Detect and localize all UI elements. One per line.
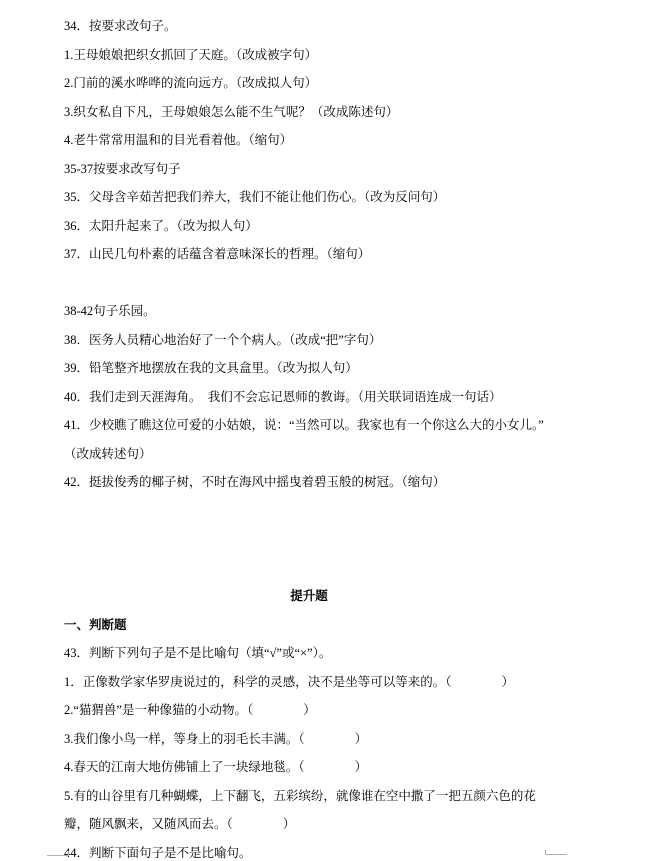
exercise-line: 3.织女私自下凡，王母娘娘怎么能不生气呢？（改成陈述句） (64, 98, 554, 127)
exercise-line-continuation: 瓣，随风飘来，又随风而去。（ ） (64, 810, 554, 839)
exercise-line: 41．少校瞧了瞧这位可爱的小姑娘，说：“当然可以。我家也有一个你这么大的小女儿。… (64, 411, 554, 440)
exercise-line: 35．父母含辛茹苦把我们养大，我们不能让他们伤心。（改为反问句） (64, 183, 554, 212)
exercise-line: 4.春天的江南大地仿佛铺上了一块绿地毯。（ ） (64, 753, 554, 782)
exercise-line: 4.老牛常常用温和的目光看着他。（缩句） (64, 126, 554, 155)
exercise-group-heading: 38-42句子乐园。 (64, 297, 554, 326)
blank-line (64, 269, 554, 298)
exercise-line: 38．医务人员精心地治好了一个个病人。（改成“把”字句） (64, 326, 554, 355)
blank-line (64, 525, 554, 554)
exercise-line: 40．我们走到天涯海角。 我们不会忘记恩师的教诲。（用关联词语连成一句话） (64, 383, 554, 412)
page-margin-mark-left (47, 851, 69, 856)
exercise-line: 44．判断下面句子是不是比喻句。 (64, 839, 554, 861)
exercise-line: 1.王母娘娘把织女抓回了天庭。（改成被字句） (64, 41, 554, 70)
document-body: 34．按要求改句子。 1.王母娘娘把织女抓回了天庭。（改成被字句） 2.门前的溪… (64, 12, 554, 861)
exercise-line: 5.有的山谷里有几种蝴蝶，上下翻飞，五彩缤纷，就像谁在空中撒了一把五颜六色的花 (64, 782, 554, 811)
exercise-line: 36．太阳升起来了。（改为拟人句） (64, 212, 554, 241)
exercise-group-heading: 35-37按要求改写句子 (64, 155, 554, 184)
section-title: 提升题 (64, 582, 554, 611)
exercise-line: 43．判断下列句子是不是比喻句（填“√”或“×”）。 (64, 639, 554, 668)
exercise-line: 39．铅笔整齐地摆放在我的文具盒里。（改为拟人句） (64, 354, 554, 383)
exercise-line: 3.我们像小鸟一样，等身上的羽毛长丰满。（ ） (64, 725, 554, 754)
blank-line (64, 554, 554, 583)
exercise-line: 2.“猫猬兽”是一种像猫的小动物。（ ） (64, 696, 554, 725)
exercise-line: 34．按要求改句子。 (64, 12, 554, 41)
exercise-line: 1．正像数学家华罗庚说过的，科学的灵感，决不是坐等可以等来的。（ ） (64, 668, 554, 697)
blank-line (64, 497, 554, 526)
page: { "page": { "background": "#ffffff", "te… (0, 0, 650, 861)
exercise-line: 2.门前的溪水哗哗的流向远方。（改成拟人句） (64, 69, 554, 98)
page-margin-mark-right (545, 850, 567, 855)
exercise-line: 42．挺拔俊秀的椰子树，不时在海风中摇曳着碧玉般的树冠。（缩句） (64, 468, 554, 497)
exercise-line: 37．山民几句朴素的话蕴含着意味深长的哲理。（缩句） (64, 240, 554, 269)
subsection-heading: 一、判断题 (64, 611, 554, 640)
exercise-line-continuation: （改成转述句） (64, 440, 554, 469)
